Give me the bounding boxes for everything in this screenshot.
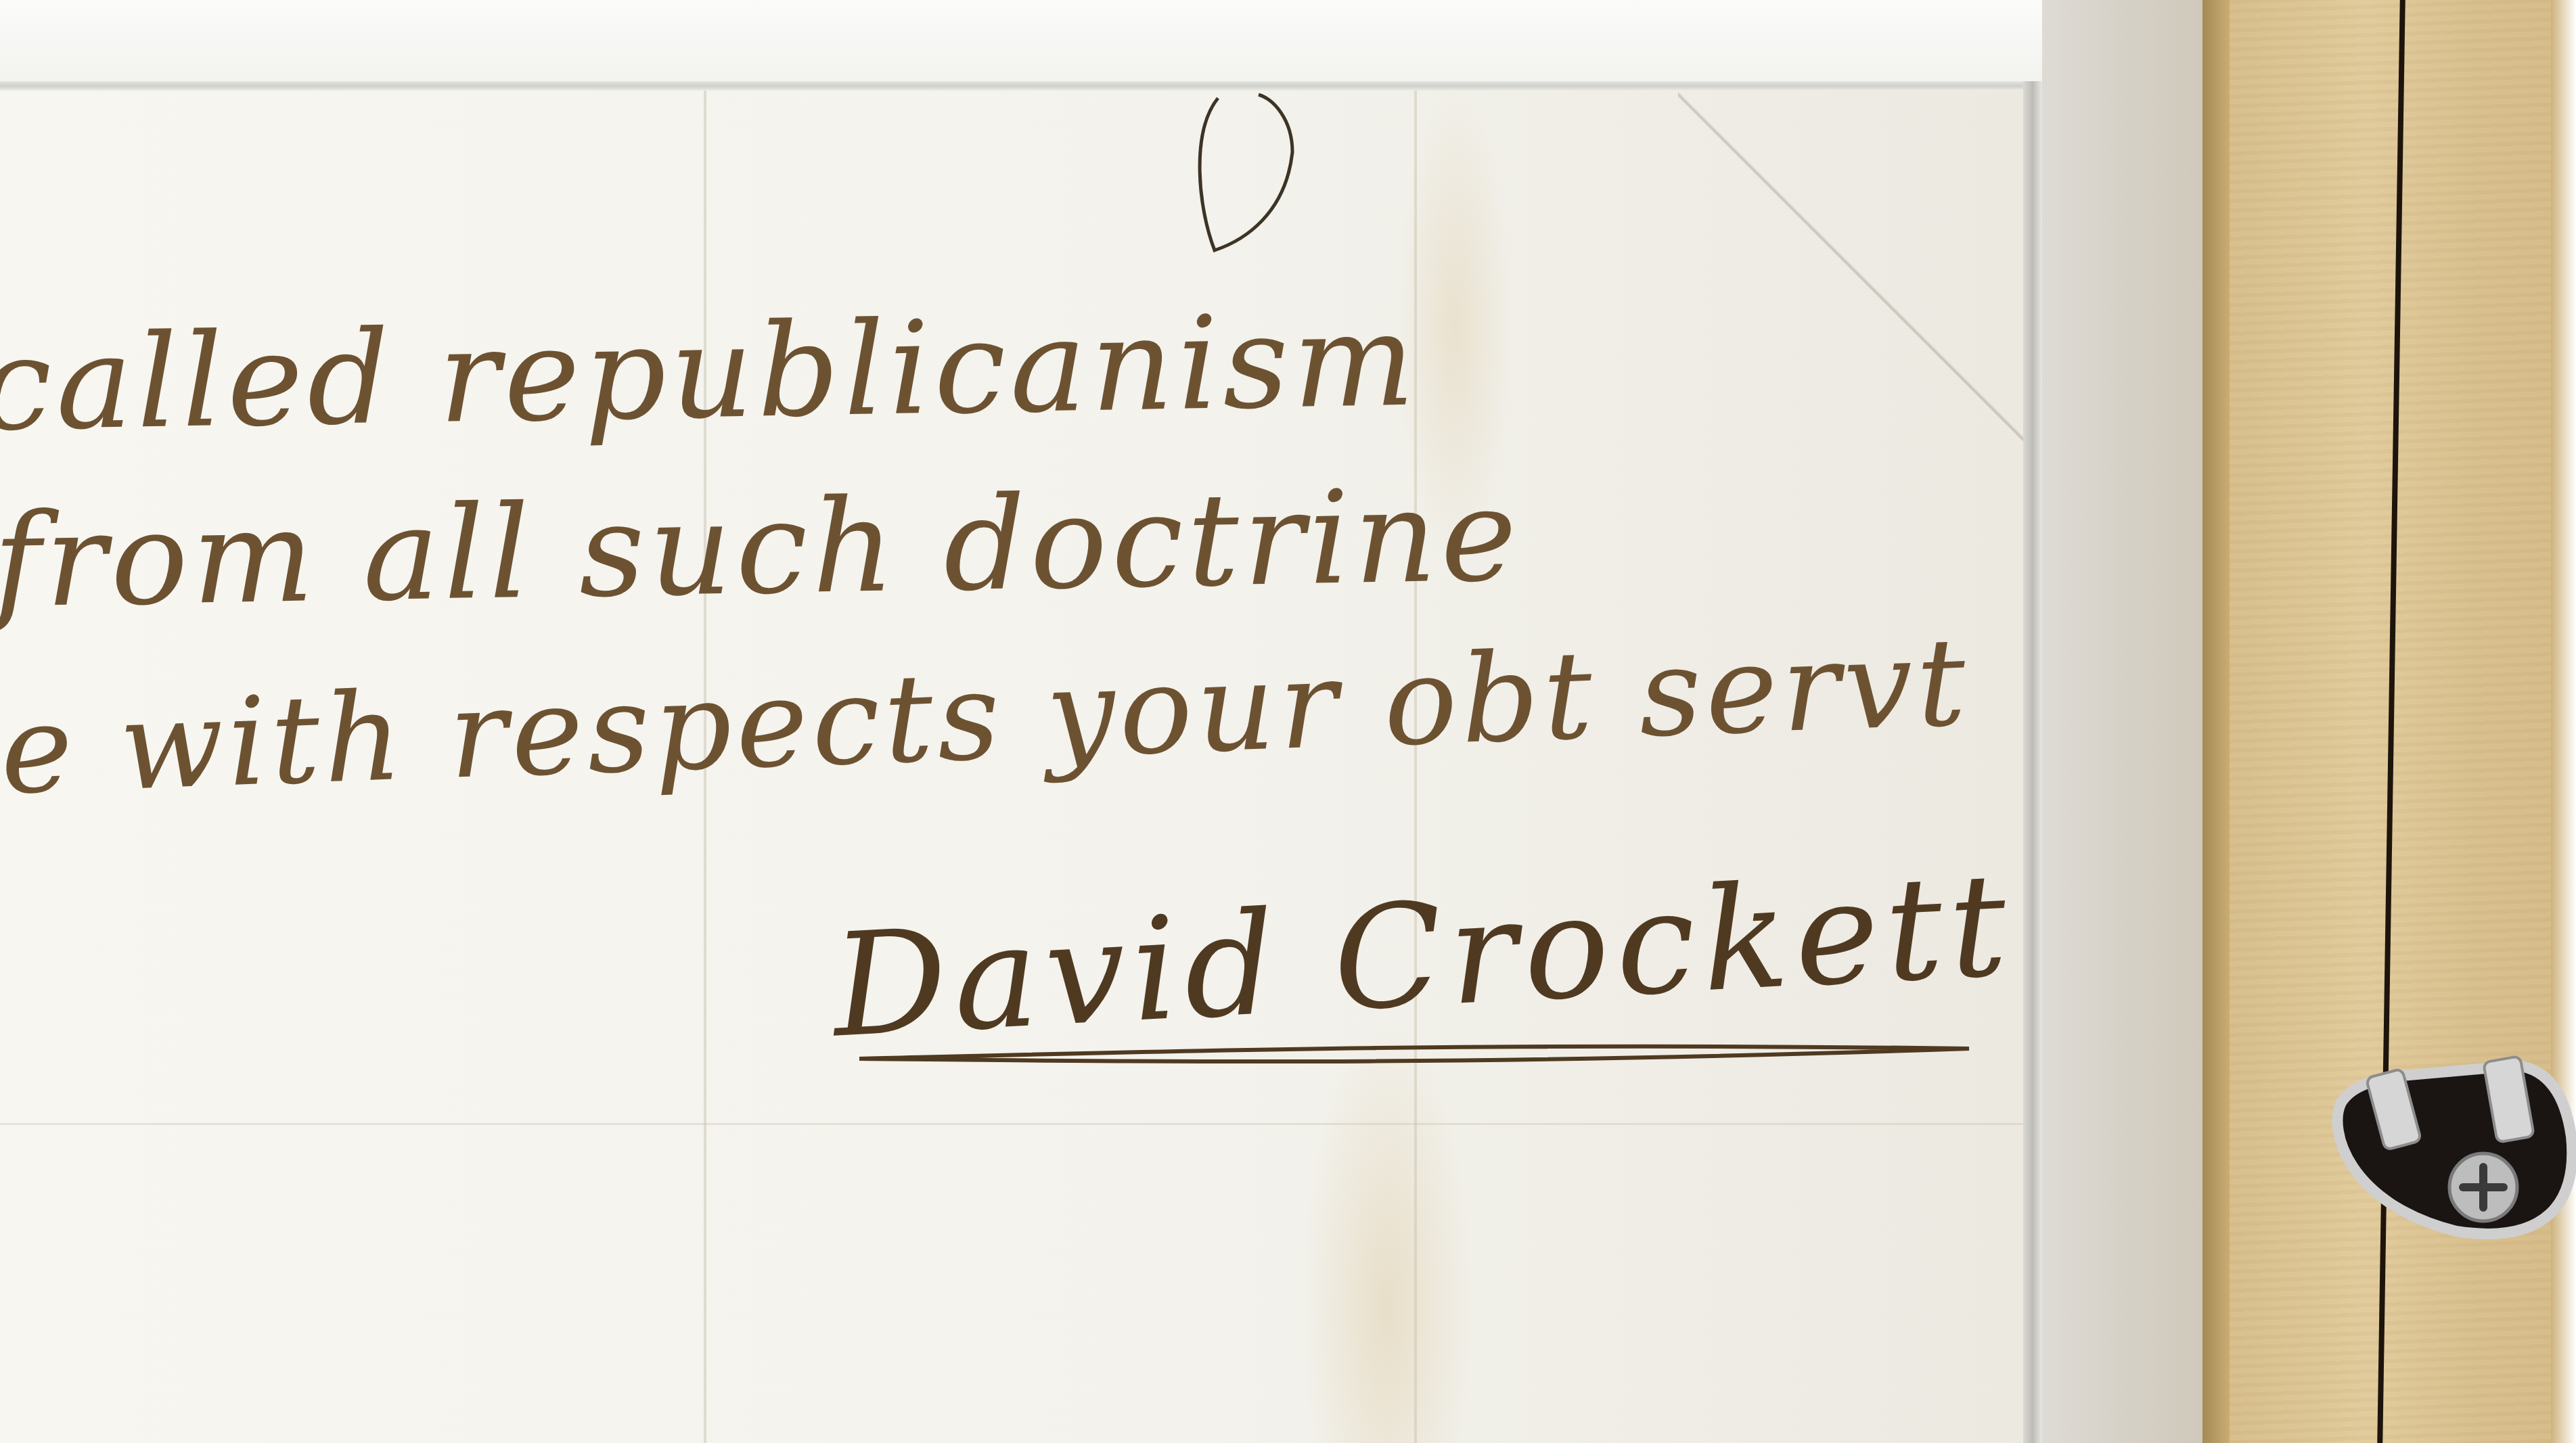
paper-corner-crease bbox=[1678, 91, 2023, 443]
paper-fold-line bbox=[0, 1123, 2023, 1125]
framed-letter-photo: called republicanism from all such doctr… bbox=[0, 0, 2576, 1443]
signature-flourish bbox=[859, 1038, 1976, 1066]
mat-board-top bbox=[0, 0, 2206, 87]
glass-edge-top bbox=[0, 81, 2043, 91]
frame-rabbet-edge bbox=[2202, 0, 2230, 1443]
letter-line-1: called republicanism bbox=[0, 285, 1420, 459]
d-ring-hanger-icon bbox=[2321, 1028, 2576, 1252]
letter-line-2: from all such doctrine bbox=[0, 460, 1522, 636]
mat-board-right bbox=[2042, 0, 2206, 1443]
ink-loop-mark bbox=[1191, 91, 1347, 260]
glass-edge-right bbox=[2023, 81, 2042, 1443]
